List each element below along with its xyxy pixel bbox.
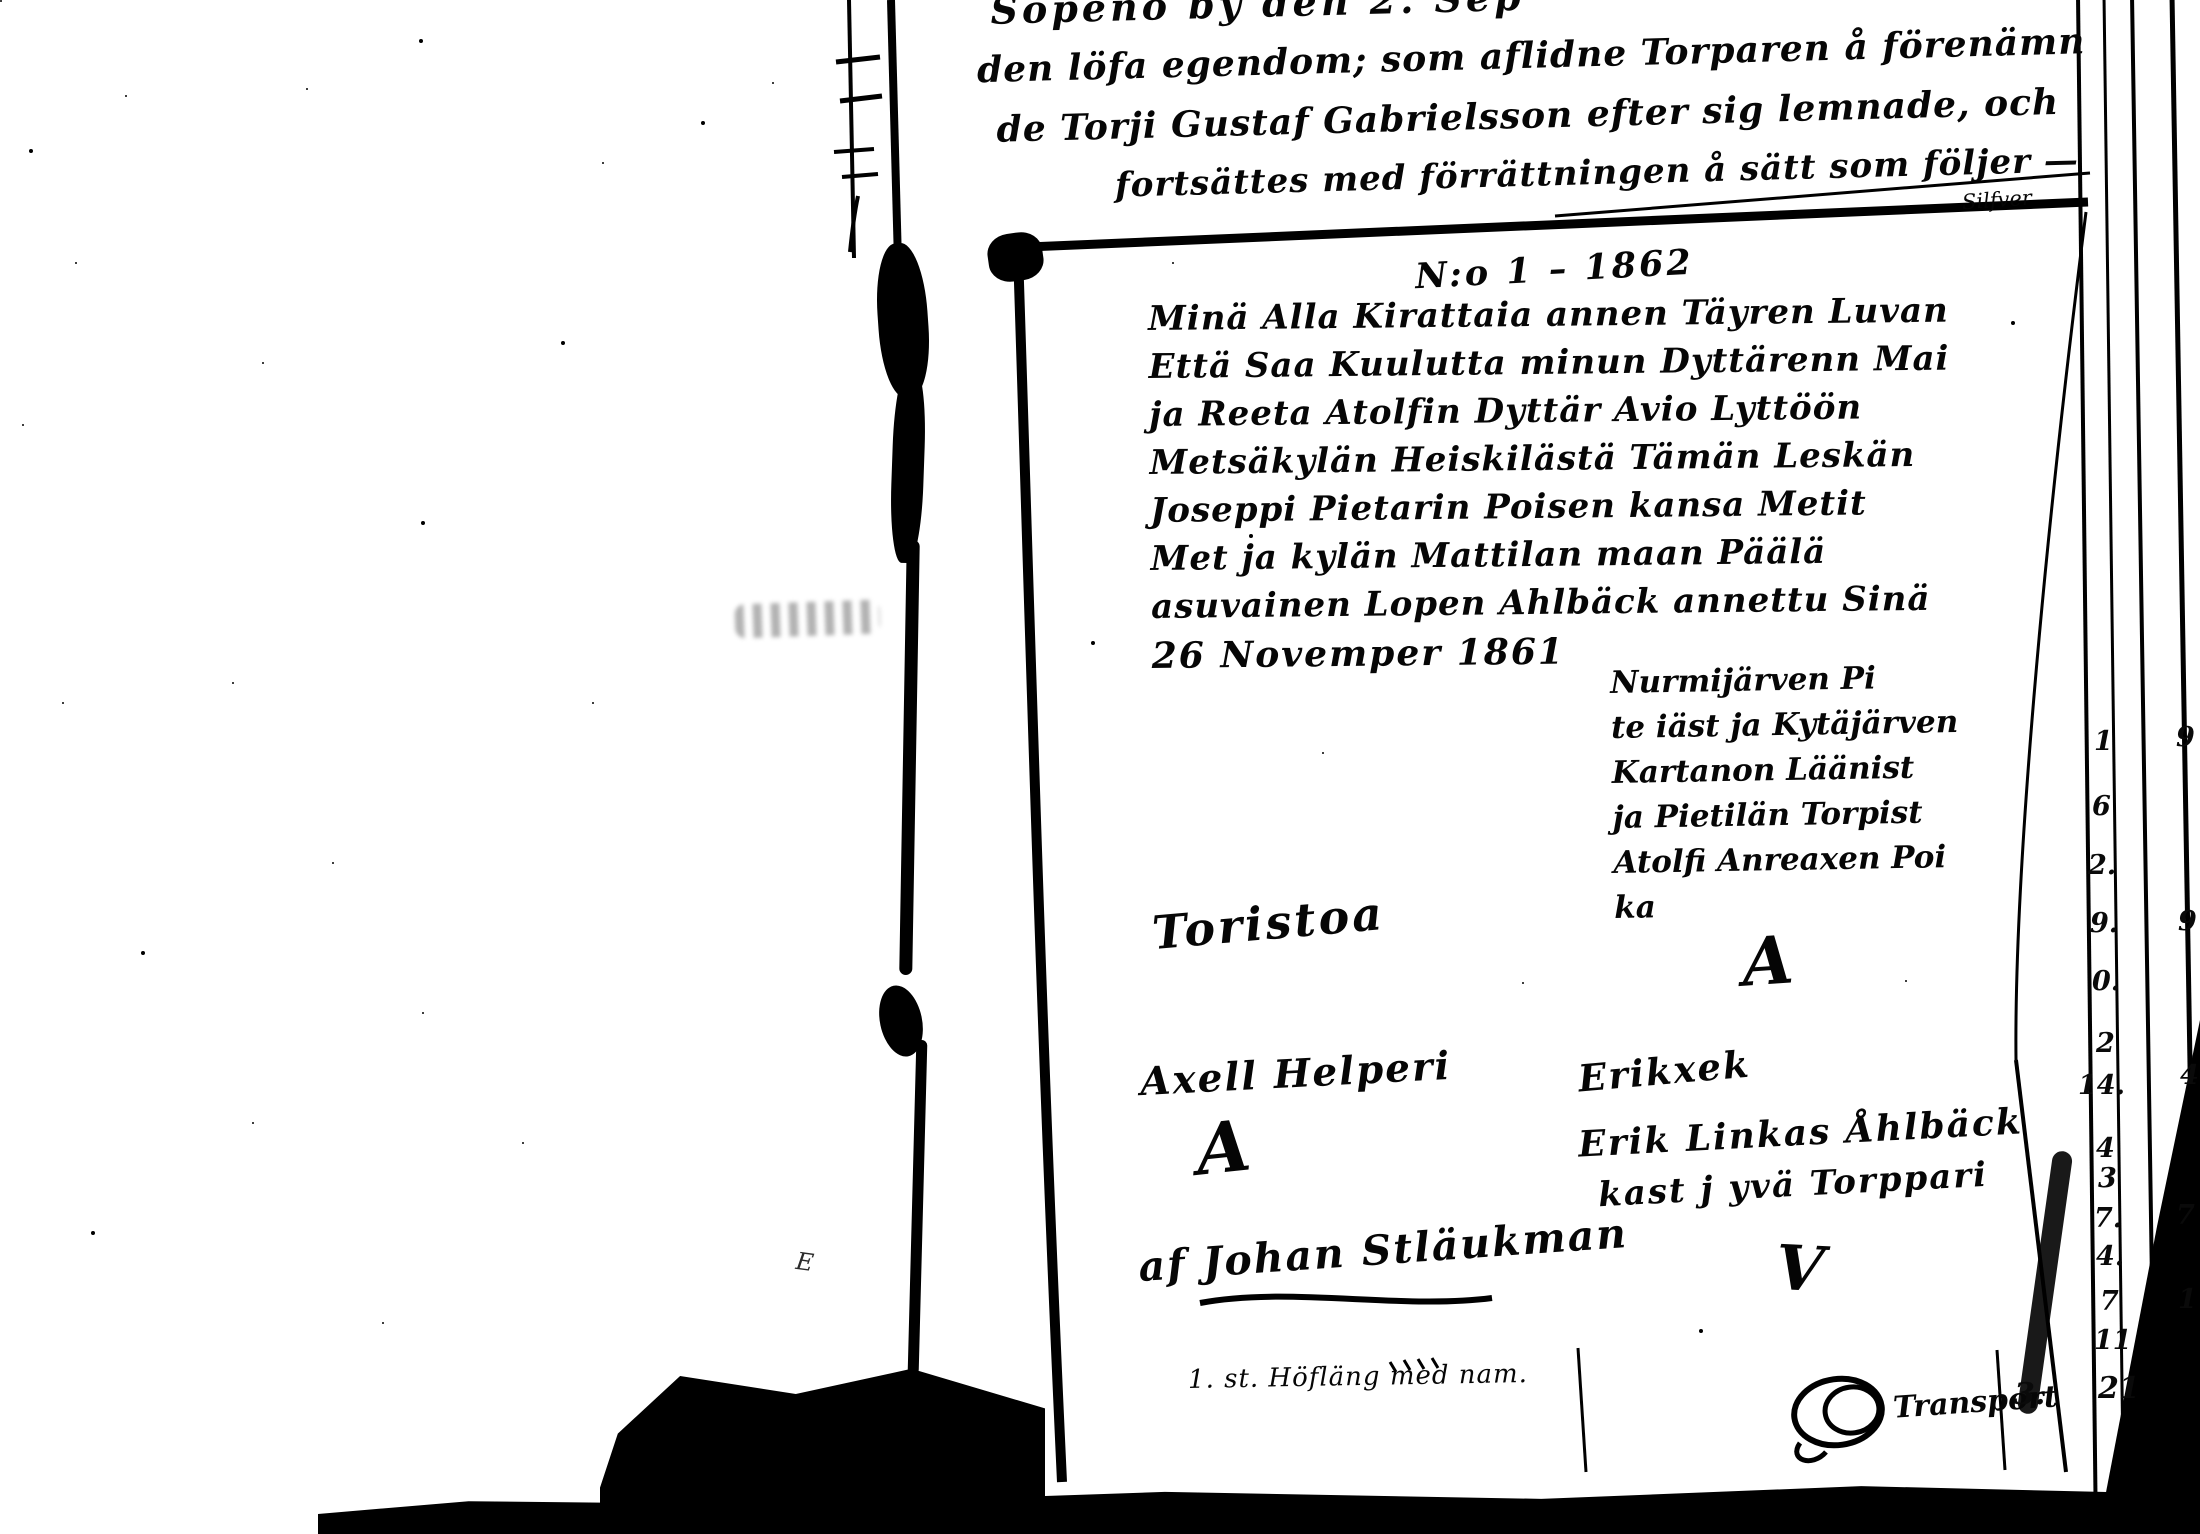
margin-amount: 6 xyxy=(2092,793,2111,820)
record-body-line: 26 Novemper 1861 xyxy=(1152,634,1566,674)
margin-amount: 3 xyxy=(2098,1165,2117,1192)
margin-amount: 4 xyxy=(2096,1135,2115,1162)
margin-amount: 4. xyxy=(2096,1243,2124,1270)
margin-note-line: ka xyxy=(1614,892,1656,924)
record-body-line: Että Saa Kuulutta minun Dyttärenn Mai xyxy=(1149,342,1950,384)
margin-amount-outer: 9 xyxy=(2176,724,2195,751)
margin-amount: 2. xyxy=(2088,852,2116,879)
record-body-line: Met ja kylän Mattilan maan Päälä xyxy=(1151,535,1827,576)
margin-note-line: Kartanon Läänist xyxy=(1612,753,1915,789)
footer-item-line: 1. st. Höfläng med nam. xyxy=(1188,1361,1528,1393)
scanned-document-page: E xyxy=(0,0,2200,1534)
record-body-line: Minä Alla Kirattaia annen Täyren Luvan xyxy=(1148,294,1949,336)
record-body-line: Metsäkylän Heiskilästä Tämän Leskän xyxy=(1150,438,1916,480)
margin-amount: 7 xyxy=(2100,1288,2119,1315)
margin-amount-outer: 9 xyxy=(2178,908,2197,935)
margin-amount-outer: 4 xyxy=(2180,1062,2199,1089)
margin-amount: 14. xyxy=(2078,1072,2125,1099)
footer-carry-value-2: 21 xyxy=(2098,1374,2140,1404)
signer-house-mark: V xyxy=(1774,1237,1825,1301)
margin-amount: 0. xyxy=(2092,968,2120,995)
margin-note-line: ja Pietilän Torpist xyxy=(1612,798,1922,834)
margin-amount-outer: 7 xyxy=(2176,1202,2195,1229)
margin-note-line: Nurmijärven Pi xyxy=(1610,663,1876,699)
record-body-line: asuvainen Lopen Ahlbäck annettu Sinä xyxy=(1151,582,1931,624)
record-body-line: ja Reeta Atolfin Dyttär Avio Lyttöön xyxy=(1149,391,1862,432)
margin-note-house-mark: A xyxy=(1740,926,1796,995)
margin-amount: 2 xyxy=(2096,1030,2115,1057)
margin-note-line: Atolfi Anreaxen Poi xyxy=(1613,842,1946,879)
underlay-margin-heading: Silfver xyxy=(1961,188,2032,214)
footer-carry-value-1: 3. xyxy=(2014,1380,2045,1410)
clerk-paraph xyxy=(1790,1373,1886,1460)
record-body-line: Joseppi Pietarin Poisen kansa Metit xyxy=(1150,486,1867,528)
margin-amount-outer: 1 xyxy=(2178,1286,2197,1313)
margin-amount: 9. xyxy=(2090,910,2118,937)
margin-amount: 1 xyxy=(2094,728,2113,755)
witness-house-mark: A xyxy=(1192,1110,1253,1185)
margin-note-line: te iäst ja Kytäjärven xyxy=(1611,707,1959,744)
margin-amount: 7. xyxy=(2094,1205,2122,1232)
margin-amount: 11 xyxy=(2094,1327,2132,1354)
